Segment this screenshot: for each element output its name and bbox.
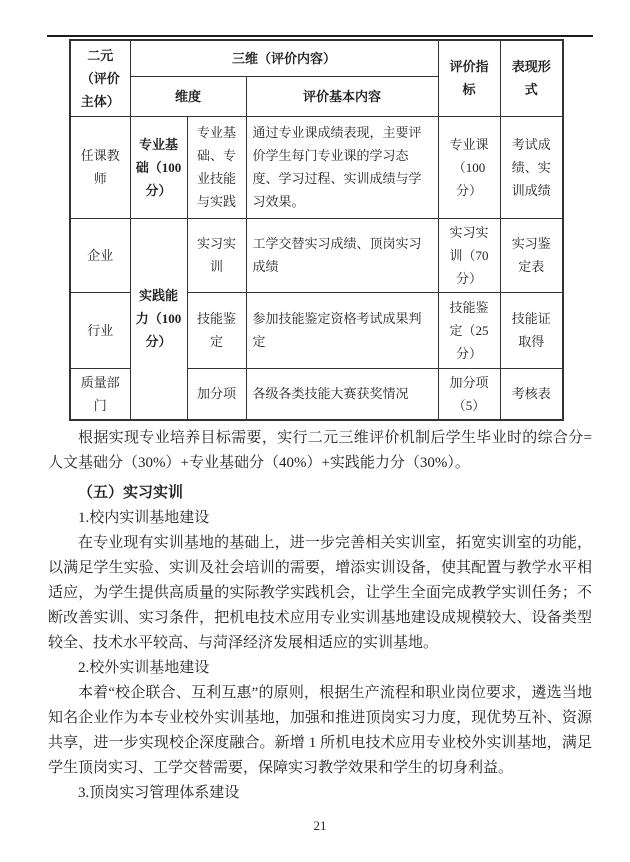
cell-content: 工学交替实习成绩、顶岗实习成绩 bbox=[246, 218, 438, 292]
cell-content: 各级各类技能大赛获奖情况 bbox=[246, 368, 438, 420]
cell-subject: 质量部门 bbox=[70, 368, 130, 420]
th-basic-content: 评价基本内容 bbox=[246, 76, 438, 116]
cell-subject: 企业 bbox=[70, 218, 130, 292]
cell-form: 考试成绩、实训成绩 bbox=[500, 116, 563, 218]
cell-form: 实习鉴定表 bbox=[500, 218, 563, 292]
table-row-enterprise: 企业 实践能力（100分） 实习实训 工学交替实习成绩、顶岗实习成绩 实习实训（… bbox=[70, 218, 563, 292]
th-form: 表现形式 bbox=[500, 40, 563, 116]
page-header-rule bbox=[47, 35, 593, 37]
cell-dimension: 专业基础、专业技能与实践 bbox=[187, 116, 246, 218]
table-header-row-1: 二元（评价主体） 三维（评价内容） 评价指标 表现形式 bbox=[70, 40, 563, 76]
item2-heading: 2.校外实训基地建设 bbox=[48, 656, 592, 681]
cell-dimension: 实习实训 bbox=[187, 218, 246, 292]
th-indicator: 评价指标 bbox=[438, 40, 500, 116]
evaluation-table: 二元（评价主体） 三维（评价内容） 评价指标 表现形式 维度 评价基本内容 任课… bbox=[69, 39, 564, 421]
cell-form: 技能证取得 bbox=[500, 292, 563, 368]
th-dimension: 维度 bbox=[130, 76, 246, 116]
th-subject: 二元（评价主体） bbox=[70, 40, 130, 116]
cell-group: 专业基础（100分） bbox=[130, 116, 187, 218]
cell-dimension: 加分项 bbox=[187, 368, 246, 420]
item3-heading: 3.顶岗实习管理体系建设 bbox=[48, 781, 592, 806]
cell-indicator: 技能鉴定（25分） bbox=[438, 292, 500, 368]
th-content-group: 三维（评价内容） bbox=[130, 40, 438, 76]
item1-heading: 1.校内实训基地建设 bbox=[48, 506, 592, 531]
cell-content: 参加技能鉴定资格考试成果判定 bbox=[246, 292, 438, 368]
cell-dimension: 技能鉴定 bbox=[187, 292, 246, 368]
page-number: 21 bbox=[48, 818, 592, 834]
cell-indicator: 加分项（5） bbox=[438, 368, 500, 420]
cell-form: 考核表 bbox=[500, 368, 563, 420]
cell-subject: 任课教师 bbox=[70, 116, 130, 218]
cell-indicator: 专业课（100分） bbox=[438, 116, 500, 218]
document-page: 二元（评价主体） 三维（评价内容） 评价指标 表现形式 维度 评价基本内容 任课… bbox=[48, 39, 592, 834]
cell-content: 通过专业课成绩表现，主要评价学生每门专业课的学习态度、学习过程、实训成绩与学习效… bbox=[246, 116, 438, 218]
cell-group: 实践能力（100分） bbox=[130, 218, 187, 420]
cell-subject: 行业 bbox=[70, 292, 130, 368]
summary-paragraph: 根据实现专业培养目标需要，实行二元三维评价机制后学生毕业时的综合分=人文基础分（… bbox=[48, 426, 592, 476]
item2-paragraph: 本着“校企联合、互利互惠”的原则，根据生产流程和职业岗位要求，遴选当地知名企业作… bbox=[48, 681, 592, 781]
item1-paragraph: 在专业现有实训基地的基础上，进一步完善相关实训室，拓宽实训室的功能，以满足学生实… bbox=[48, 531, 592, 656]
cell-indicator: 实习实训（70分） bbox=[438, 218, 500, 292]
table-row-teacher: 任课教师 专业基础（100分） 专业基础、专业技能与实践 通过专业课成绩表现，主… bbox=[70, 116, 563, 218]
section5-heading: （五）实习实训 bbox=[48, 481, 592, 506]
